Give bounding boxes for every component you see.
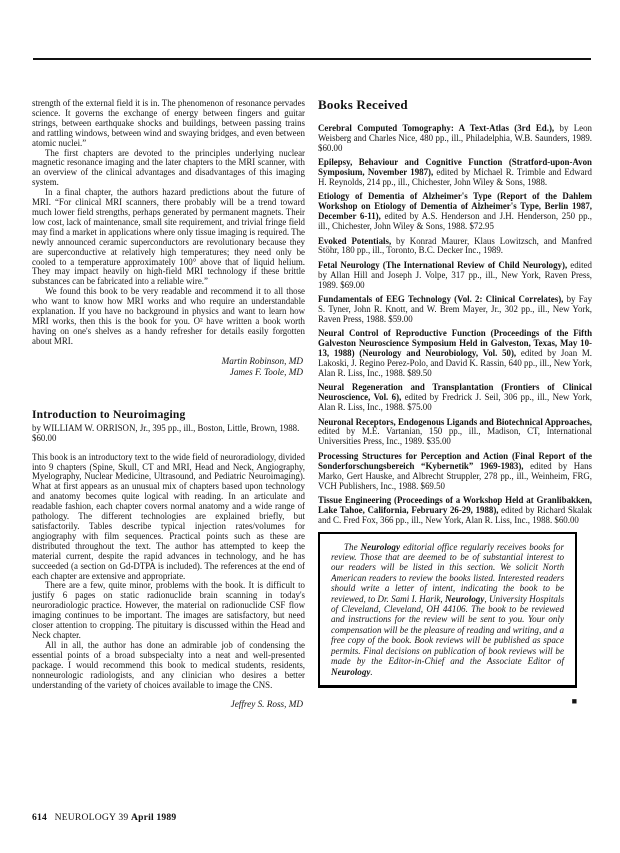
review-paragraph: All in all, the author has done an admir… bbox=[32, 641, 305, 691]
book-entry: Epilepsy, Behaviour and Cognitive Functi… bbox=[318, 158, 592, 188]
review-paragraph: We found this book to be very readable a… bbox=[32, 287, 305, 346]
book-title: Tissue Engineering (Proceedings of a Wor… bbox=[318, 495, 592, 515]
book-title: Neural Regeneration and Transplantation … bbox=[318, 382, 592, 402]
book-title: Neuronal Receptors, Endogenous Ligands a… bbox=[318, 417, 592, 427]
book-title: Evoked Potentials, bbox=[318, 236, 391, 246]
footer-journal-name: NEUROLOGY 39 bbox=[55, 812, 129, 823]
book-title: Etiology of Dementia of Alzheimer's Type… bbox=[318, 191, 592, 221]
review-byline: by WILLIAM W. ORRISON, Jr., 395 pp., ill… bbox=[32, 423, 305, 443]
book-title: Processing Structures for Perception and… bbox=[318, 451, 592, 471]
book-entry: Neural Regeneration and Transplantation … bbox=[318, 383, 592, 413]
mri-review-paragraphs: strength of the external field it is in.… bbox=[32, 99, 305, 347]
books-received-list: Cerebral Computed Tomography: A Text-Atl… bbox=[318, 124, 592, 526]
book-entry: Tissue Engineering (Proceedings of a Wor… bbox=[318, 496, 592, 526]
page-footer: 614 NEUROLOGY 39 April 1989 bbox=[32, 812, 176, 823]
books-received-heading: Books Received bbox=[318, 97, 592, 113]
footer-issue-date: April 1989 bbox=[131, 812, 176, 823]
reviewer-signature: James F. Toole, MD bbox=[32, 367, 305, 379]
review-paragraph: There are a few, quite minor, problems w… bbox=[32, 581, 305, 640]
end-of-section-mark: ■ bbox=[572, 696, 577, 706]
editorial-notice-text: The Neurology editorial office regularly… bbox=[331, 542, 564, 677]
book-title: Fetal Neurology (The International Revie… bbox=[318, 260, 567, 270]
end-mark-row: ■ bbox=[318, 691, 581, 709]
footer-page-number: 614 bbox=[32, 812, 47, 823]
book-entry: Fetal Neurology (The International Revie… bbox=[318, 261, 592, 291]
book-entry: Etiology of Dementia of Alzheimer's Type… bbox=[318, 192, 592, 232]
book-title: Fundamentals of EEG Technology (Vol. 2: … bbox=[318, 294, 563, 304]
neuro-review-paragraphs: This book is an introductory text to the… bbox=[32, 453, 305, 691]
book-entry: Evoked Potentials, by Konrad Maurer, Kla… bbox=[318, 237, 592, 257]
book-entry: Neuronal Receptors, Endogenous Ligands a… bbox=[318, 418, 592, 448]
right-column: Books Received Cerebral Computed Tomogra… bbox=[318, 97, 592, 709]
editorial-notice-box: The Neurology editorial office regularly… bbox=[318, 532, 577, 688]
book-title: Neural Control of Reproductive Function … bbox=[318, 328, 592, 358]
mri-review-signatures: Martin Robinson, MDJames F. Toole, MD bbox=[32, 356, 305, 379]
book-entry: Cerebral Computed Tomography: A Text-Atl… bbox=[318, 124, 592, 154]
review-paragraph: strength of the external field it is in.… bbox=[32, 99, 305, 149]
book-entry: Fundamentals of EEG Technology (Vol. 2: … bbox=[318, 295, 592, 325]
reviewer-signature: Martin Robinson, MD bbox=[32, 356, 305, 368]
journal-page: strength of the external field it is in.… bbox=[0, 0, 620, 853]
left-column: strength of the external field it is in.… bbox=[32, 99, 305, 711]
reviewer-signature: Jeffrey S. Ross, MD bbox=[32, 699, 305, 711]
neuro-review-signatures: Jeffrey S. Ross, MD bbox=[32, 699, 305, 711]
book-entry: Neural Control of Reproductive Function … bbox=[318, 329, 592, 379]
review-title: Introduction to Neuroimaging bbox=[32, 409, 305, 421]
top-rule bbox=[33, 58, 591, 60]
book-title: Cerebral Computed Tomography: A Text-Atl… bbox=[318, 123, 554, 133]
review-paragraph: This book is an introductory text to the… bbox=[32, 453, 305, 582]
review-paragraph: The first chapters are devoted to the pr… bbox=[32, 149, 305, 189]
book-entry: Processing Structures for Perception and… bbox=[318, 452, 592, 492]
book-title: Epilepsy, Behaviour and Cognitive Functi… bbox=[318, 157, 592, 177]
review-paragraph: In a final chapter, the authors hazard p… bbox=[32, 188, 305, 287]
